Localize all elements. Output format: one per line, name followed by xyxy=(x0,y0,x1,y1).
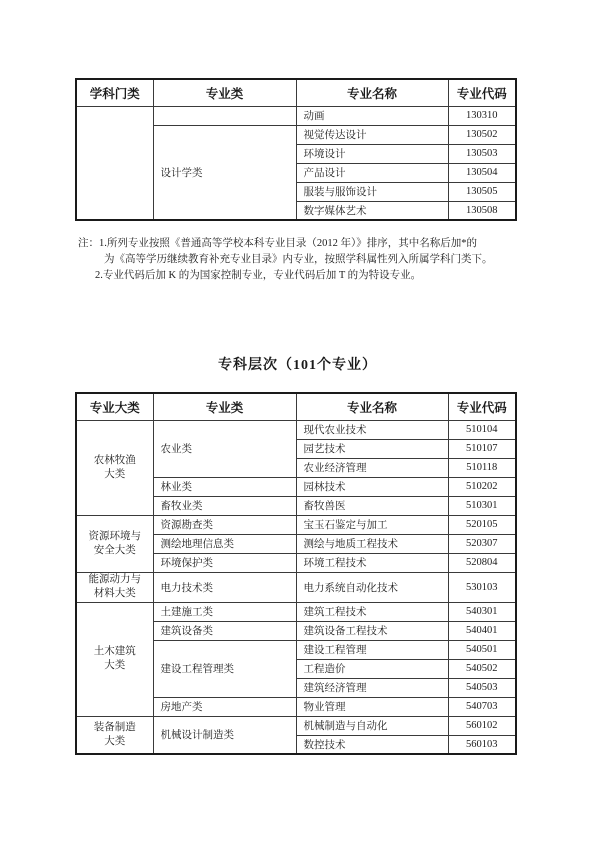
section-title: 专科层次（101个专业） xyxy=(0,354,595,374)
table-row: 动画 130310 xyxy=(76,106,516,125)
major-code-cell: 540502 xyxy=(448,659,516,678)
major-code-cell: 510202 xyxy=(448,477,516,496)
category-cell: 建筑设备类 xyxy=(153,621,296,640)
document-page: 学科门类 专业类 专业名称 专业代码 动画 130310 设计学类 视觉传达设计… xyxy=(0,0,595,841)
category-cell: 建设工程管理类 xyxy=(153,640,296,697)
category-cell: 资源勘查类 xyxy=(153,515,296,534)
major-code-cell: 130505 xyxy=(448,182,516,201)
footnotes: 注：1.所列专业按照《普通高等学校本科专业目录（2012 年）》排序，其中名称后… xyxy=(78,236,528,284)
table-row: 能源动力与 材料大类 电力技术类 电力系统自动化技术 530103 xyxy=(76,572,516,602)
major-name-cell: 数字媒体艺术 xyxy=(296,201,448,220)
category-cell: 机械设计制造类 xyxy=(153,716,296,754)
category-cell: 土建施工类 xyxy=(153,602,296,621)
major-name-cell: 电力系统自动化技术 xyxy=(296,572,448,602)
table-row: 农林牧渔 大类 农业类 现代农业技术 510104 xyxy=(76,420,516,439)
major-name-cell: 环境工程技术 xyxy=(296,553,448,572)
major-name-cell: 建筑经济管理 xyxy=(296,678,448,697)
major-name-cell: 建筑设备工程技术 xyxy=(296,621,448,640)
major-name-cell: 视觉传达设计 xyxy=(296,125,448,144)
table-row: 土木建筑 大类 土建施工类 建筑工程技术 540301 xyxy=(76,602,516,621)
column-header-major-code: 专业代码 xyxy=(448,79,516,106)
major-code-cell: 540703 xyxy=(448,697,516,716)
major-name-cell: 农业经济管理 xyxy=(296,458,448,477)
footnote-line: 注：1.所列专业按照《普通高等学校本科专业目录（2012 年）》排序，其中名称后… xyxy=(78,236,528,252)
table-row: 装备制造 大类 机械设计制造类 机械制造与自动化 560102 xyxy=(76,716,516,735)
category-cell: 林业类 xyxy=(153,477,296,496)
major-name-cell: 服装与服饰设计 xyxy=(296,182,448,201)
major-code-cell: 130502 xyxy=(448,125,516,144)
major-code-cell: 130504 xyxy=(448,163,516,182)
column-header-major-group: 专业大类 xyxy=(76,393,153,420)
column-header-category: 专业类 xyxy=(153,79,296,106)
major-group-cell: 能源动力与 材料大类 xyxy=(76,572,153,602)
footnote-line: 2.专业代码后加 K 的为国家控制专业，专业代码后加 T 的为特设专业。 xyxy=(95,268,528,284)
major-name-cell: 物业管理 xyxy=(296,697,448,716)
major-group-cell: 资源环境与 安全大类 xyxy=(76,515,153,572)
major-code-cell: 510301 xyxy=(448,496,516,515)
major-name-cell: 动画 xyxy=(296,106,448,125)
major-code-cell: 560103 xyxy=(448,735,516,754)
major-code-cell: 130508 xyxy=(448,201,516,220)
category-cell-empty xyxy=(153,106,296,125)
category-cell: 农业类 xyxy=(153,420,296,477)
major-name-cell: 测绘与地质工程技术 xyxy=(296,534,448,553)
major-code-cell: 510104 xyxy=(448,420,516,439)
column-header-major-code: 专业代码 xyxy=(448,393,516,420)
major-code-cell: 540503 xyxy=(448,678,516,697)
major-code-cell: 540501 xyxy=(448,640,516,659)
category-cell: 测绘地理信息类 xyxy=(153,534,296,553)
major-code-cell: 540401 xyxy=(448,621,516,640)
major-code-cell: 510118 xyxy=(448,458,516,477)
column-header-category: 专业类 xyxy=(153,393,296,420)
major-code-cell: 560102 xyxy=(448,716,516,735)
major-name-cell: 宝玉石鉴定与加工 xyxy=(296,515,448,534)
discipline-cell-empty xyxy=(76,106,153,220)
table-header-row: 学科门类 专业类 专业名称 专业代码 xyxy=(76,79,516,106)
table-row: 资源环境与 安全大类 资源勘查类 宝玉石鉴定与加工 520105 xyxy=(76,515,516,534)
category-cell: 设计学类 xyxy=(153,125,296,220)
major-name-cell: 畜牧兽医 xyxy=(296,496,448,515)
major-code-cell: 530103 xyxy=(448,572,516,602)
associate-majors-table: 专业大类 专业类 专业名称 专业代码 农林牧渔 大类 农业类 现代农业技术 51… xyxy=(75,392,517,755)
category-cell: 电力技术类 xyxy=(153,572,296,602)
major-name-cell: 产品设计 xyxy=(296,163,448,182)
major-code-cell: 540301 xyxy=(448,602,516,621)
undergraduate-majors-table: 学科门类 专业类 专业名称 专业代码 动画 130310 设计学类 视觉传达设计… xyxy=(75,78,517,221)
major-name-cell: 园艺技术 xyxy=(296,439,448,458)
major-code-cell: 520804 xyxy=(448,553,516,572)
major-group-cell: 装备制造 大类 xyxy=(76,716,153,754)
major-name-cell: 建筑工程技术 xyxy=(296,602,448,621)
category-cell: 房地产类 xyxy=(153,697,296,716)
major-name-cell: 现代农业技术 xyxy=(296,420,448,439)
major-code-cell: 130310 xyxy=(448,106,516,125)
major-name-cell: 机械制造与自动化 xyxy=(296,716,448,735)
column-header-major-name: 专业名称 xyxy=(296,79,448,106)
table-header-row: 专业大类 专业类 专业名称 专业代码 xyxy=(76,393,516,420)
major-name-cell: 园林技术 xyxy=(296,477,448,496)
major-code-cell: 130503 xyxy=(448,144,516,163)
column-header-discipline: 学科门类 xyxy=(76,79,153,106)
category-cell: 畜牧业类 xyxy=(153,496,296,515)
major-name-cell: 数控技术 xyxy=(296,735,448,754)
major-name-cell: 建设工程管理 xyxy=(296,640,448,659)
footnote-line: 为《高等学历继续教育补充专业目录》内专业，按照学科属性列入所属学科门类下。 xyxy=(104,252,528,268)
major-group-cell: 土木建筑 大类 xyxy=(76,602,153,716)
major-group-cell: 农林牧渔 大类 xyxy=(76,420,153,515)
category-cell: 环境保护类 xyxy=(153,553,296,572)
major-code-cell: 520105 xyxy=(448,515,516,534)
major-code-cell: 510107 xyxy=(448,439,516,458)
major-name-cell: 环境设计 xyxy=(296,144,448,163)
major-name-cell: 工程造价 xyxy=(296,659,448,678)
column-header-major-name: 专业名称 xyxy=(296,393,448,420)
major-code-cell: 520307 xyxy=(448,534,516,553)
